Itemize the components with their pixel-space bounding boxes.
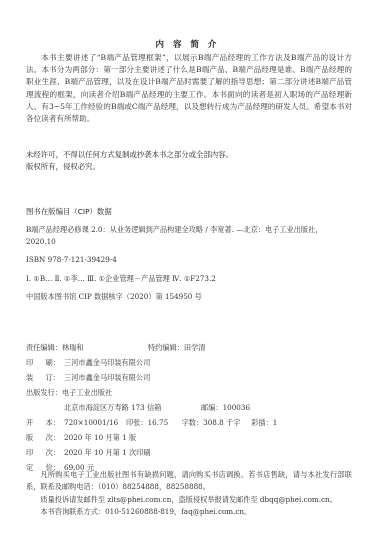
- binding-label: 装订：: [26, 370, 60, 385]
- cip-classification: Ⅰ. ①B… Ⅱ. ①李… Ⅲ. ①企业管理－产品管理 Ⅳ. ①F273.2: [26, 273, 352, 285]
- summary-body: 本书主要讲述了“B端产品管理框架”，以展示B端产品经理的工作方法及B端产品的设计…: [26, 52, 352, 125]
- printing-value: 三河市鑫金马印装有限公司: [64, 355, 150, 370]
- colophon-row-editors: 责任编辑： 林瑞和 特约编辑： 田学清: [26, 340, 277, 355]
- postcode-label: 邮编：: [201, 400, 223, 415]
- colophon-row-edition: 版次： 2020 年 10 月第 1 版: [26, 430, 277, 445]
- summary-title: 内 容 简 介: [0, 38, 375, 50]
- edition-value: 2020 年 10 月第 1 版: [64, 430, 136, 445]
- cip-entry-line-2: 2020.10: [26, 236, 352, 248]
- format-value: 720×1000: [64, 415, 102, 430]
- colophon-row-format: 开本： 720×1000 1/16 印张： 16.75 字数： 308.8 千字…: [26, 415, 277, 430]
- address-value: 北京市海淀区万寿路 173 信箱: [64, 400, 201, 415]
- publisher-label: 出版发行：: [26, 385, 62, 400]
- sheets-label: 印张：: [126, 415, 148, 430]
- editor-label: 责任编辑：: [26, 340, 62, 355]
- color-plates-value: 1: [273, 415, 278, 430]
- publisher-value: 电子工业出版社: [62, 385, 112, 400]
- colophon-row-impression: 印次： 2020 年 10 月第 1 次印刷: [26, 445, 277, 460]
- format-fraction: 1/16: [102, 415, 126, 430]
- copyright-line-1: 未经许可，不得以任何方式复制或抄袭本书之部分或全部内容。: [26, 149, 233, 161]
- colophon-row-binding: 装订： 三河市鑫金马印装有限公司: [26, 370, 277, 385]
- sheets-value: 16.75: [148, 415, 182, 430]
- words-value: 308.8 千字: [203, 415, 251, 430]
- service-notice-para-2: 质量投诉请发邮件至 zlts@phei.com.cn，盗版侵权举报请发邮件至 d…: [26, 494, 352, 506]
- edition-label: 版次：: [26, 430, 60, 445]
- service-notice-para-1: 凡所购买电子工业出版社图书有缺损问题，请向购买书店调换。若书店售缺，请与本社发行…: [26, 469, 352, 494]
- color-plates-label: 彩插：: [251, 415, 273, 430]
- words-label: 字数：: [182, 415, 204, 430]
- copyright-notice: 未经许可，不得以任何方式复制或抄袭本书之部分或全部内容。 版权所有，侵权必究。: [26, 149, 233, 173]
- copyright-line-2: 版权所有，侵权必究。: [26, 161, 233, 173]
- colophon: 责任编辑： 林瑞和 特约编辑： 田学清 印刷： 三河市鑫金马印装有限公司 装订：…: [26, 340, 277, 475]
- colophon-row-printing: 印刷： 三河市鑫金马印装有限公司: [26, 355, 277, 370]
- service-notice-para-3: 本书咨询联系方式：010-51260888-819，faq@phei.com.c…: [26, 506, 352, 518]
- impression-label: 印次：: [26, 445, 60, 460]
- cip-entry-line-1: B端产品经理必修课 2.0：从业务逻辑到产品构建全攻略 / 李宽著. —北京：电…: [26, 224, 352, 236]
- impression-value: 2020 年 10 月第 1 次印刷: [64, 445, 151, 460]
- format-label: 开本：: [26, 415, 60, 430]
- copyright-page: 内 容 简 介 本书主要讲述了“B端产品管理框架”，以展示B端产品经理的工作方法…: [0, 0, 375, 546]
- colophon-row-publisher: 出版发行： 电子工业出版社: [26, 385, 277, 400]
- postcode-value: 100036: [223, 400, 250, 415]
- special-editor-value: 田学清: [184, 340, 206, 355]
- editor-value: 林瑞和: [62, 340, 148, 355]
- printing-label: 印刷：: [26, 355, 60, 370]
- cip-heading: 图书在版编目（CIP）数据: [26, 206, 112, 217]
- binding-value: 三河市鑫金马印装有限公司: [64, 370, 150, 385]
- service-notice: 凡所购买电子工业出版社图书有缺损问题，请向购买书店调换。若书店售缺，请与本社发行…: [26, 469, 352, 519]
- cip-isbn: ISBN 978-7-121-39429-4: [26, 254, 352, 266]
- colophon-row-address: 北京市海淀区万寿路 173 信箱 邮编： 100036: [26, 400, 277, 415]
- special-editor-label: 特约编辑：: [148, 340, 184, 355]
- cip-data: B端产品经理必修课 2.0：从业务逻辑到产品构建全攻略 / 李宽著. —北京：电…: [26, 224, 352, 303]
- cip-verification: 中国版本图书馆 CIP 数据核字（2020）第 154950 号: [26, 291, 352, 303]
